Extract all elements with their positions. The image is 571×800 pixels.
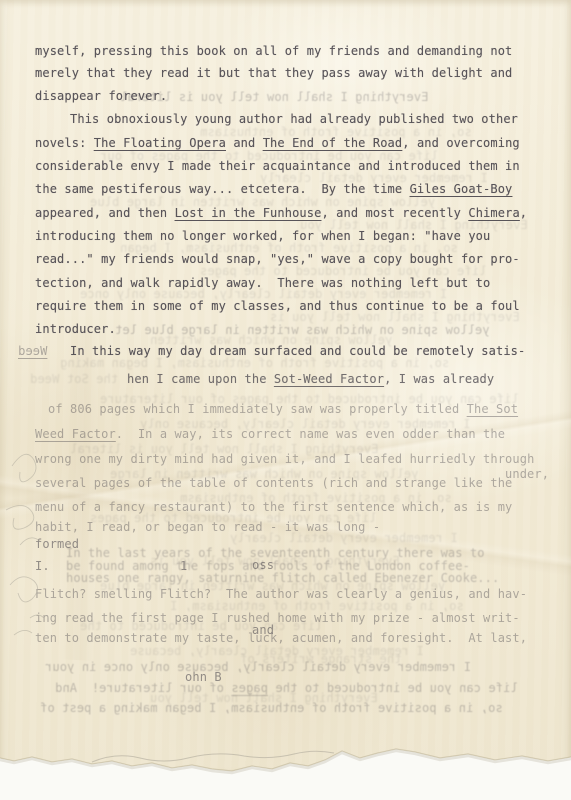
typed-text: so, in a positive froth of enthusiasm xyxy=(180,491,452,505)
underlined-text: Weed xyxy=(18,344,47,358)
mirrored-ghost-line: Everything I shall now tell you is xyxy=(270,311,520,324)
typed-text: I remember every detail clearly xyxy=(230,531,458,545)
underlined-text: Sot-Weed Factor xyxy=(274,372,384,386)
typed-text: life can you be introduced to the pages xyxy=(200,264,486,278)
typed-text: Everything I shall now tell you is xyxy=(270,310,520,324)
typed-line: merely that they read it but that they p… xyxy=(35,67,512,80)
typed-text: so, in a positive froth of enthusiasm, I… xyxy=(60,356,449,370)
typed-text: yellow spine on which was written xyxy=(150,333,392,347)
typed-line: myself, pressing this book on all of my … xyxy=(35,45,512,58)
typed-text: life can you be introduced to the pages … xyxy=(100,149,438,163)
mirrored-ghost-line: the strange writers of xyxy=(240,653,402,666)
typed-text: hen I came upon the xyxy=(127,372,274,386)
typed-text: the Sot Weed xyxy=(30,372,118,386)
mirrored-ghost-line: life can you be introduced to the xyxy=(80,620,322,633)
mirrored-ghost-line: Everything I shall now tell you xyxy=(150,692,378,705)
mirrored-ghost-line: so, in a positive froth of enthusiasm, I… xyxy=(120,242,458,255)
typed-text: I remember every detail clearly, because… xyxy=(140,417,471,431)
typed-text: yellow spine on which was written in lar… xyxy=(110,467,418,481)
text-layer: myself, pressing this book on all of my … xyxy=(0,0,571,800)
typed-text: I remember every detail clearly, because… xyxy=(80,287,447,301)
mirrored-ghost-line: I remember every detail clearly, because… xyxy=(140,418,471,431)
mirrored-ghost-line: Everything I shall now tell you is liter… xyxy=(120,91,428,104)
mirrored-ghost-line: I remember every detail clearly, because… xyxy=(80,288,447,301)
mirrored-ghost-line: Everything I shall now tell you is liter… xyxy=(70,443,378,456)
mirrored-ghost-line: Weed xyxy=(18,345,47,358)
mirrored-ghost-line: yellow spine on which was written xyxy=(150,334,392,347)
mirrored-ghost-line: life can you be introduced to the pages … xyxy=(100,393,519,406)
typed-text: I remember every detail clearly xyxy=(260,171,488,185)
typed-text: so, in a positive froth of enthusiasm, I xyxy=(170,599,464,613)
typed-text: under, xyxy=(505,467,549,481)
typed-text: Everything I shall now tell you is liter… xyxy=(120,90,428,104)
typed-text: myself, pressing this book on all of my … xyxy=(35,44,512,58)
mirrored-ghost-line: so, in a positive froth of enthusiasm, I… xyxy=(60,357,449,370)
typed-text: Everything I shall now tell you is xyxy=(150,554,400,568)
mirrored-ghost-line: I remember every detail clearly xyxy=(260,172,488,185)
typed-text: Everything I shall now tell you xyxy=(150,691,378,705)
typed-text: ten to demonstrate my taste, luck, acume… xyxy=(35,631,527,645)
typed-line: hen I came upon the Sot-Weed Factor, I w… xyxy=(127,373,494,386)
typed-text: the strange writers of xyxy=(240,652,402,666)
ghost-line: under, xyxy=(505,468,549,481)
mirrored-ghost-line: Everything I shall now tell you xyxy=(300,219,528,232)
ghost-line: I. xyxy=(35,560,50,573)
typed-text: This obnoxiously young author had alread… xyxy=(70,112,518,126)
mirrored-ghost-line: yellow spine on which was written in lar… xyxy=(90,196,435,209)
typed-text: I. xyxy=(35,559,50,573)
mirrored-ghost-line: life can you be introduced to the pages xyxy=(90,512,376,525)
mirrored-ghost-line: life can you be introduced to the pages … xyxy=(100,150,438,163)
typed-text: , I was already xyxy=(384,372,494,386)
mirrored-ghost-line: life can you be introduced to the pages xyxy=(200,265,486,278)
typed-text: yellow spine on which was written in lar… xyxy=(100,579,445,593)
typed-text: life can you be introduced to the pages xyxy=(90,511,376,525)
typed-text: Everything I shall now tell you is liter… xyxy=(70,442,378,456)
typed-text: yellow spine on which was written in lar… xyxy=(90,195,435,209)
mirrored-ghost-line: yellow spine on which was written in lar… xyxy=(100,580,445,593)
scanned-typewritten-page: { "page": { "kind": "typewritten manuscr… xyxy=(0,0,571,800)
mirrored-ghost-line: yellow spine on which was written in lar… xyxy=(110,468,418,481)
typed-text: merely that they read it but that they p… xyxy=(35,66,512,80)
mirrored-ghost-line: the Sot Weed xyxy=(30,373,118,386)
typed-text: novels: xyxy=(35,136,94,150)
underlined-text: Weed Factor xyxy=(35,427,116,441)
typed-text: life can you be introduced to the xyxy=(80,619,322,633)
typed-text: introducer. xyxy=(35,322,116,336)
typed-text: Everything I shall now tell you xyxy=(300,218,528,232)
typed-line: introducer. xyxy=(35,323,116,336)
mirrored-ghost-line: so, in a positive froth of enthusiasm, I xyxy=(170,600,464,613)
mirrored-ghost-line: Everything I shall now tell you is xyxy=(150,555,400,568)
mirrored-ghost-line: I remember every detail clearly xyxy=(230,532,458,545)
typed-text: life can you be introduced to the pages … xyxy=(100,392,519,406)
typed-text: so, in a positive froth of enthusiasm xyxy=(200,125,472,139)
mirrored-ghost-line: so, in a positive froth of enthusiasm xyxy=(180,492,452,505)
mirrored-ghost-line: so, in a positive froth of enthusiasm xyxy=(200,126,472,139)
typed-text: so, in a positive froth of enthusiasm, I… xyxy=(120,241,458,255)
